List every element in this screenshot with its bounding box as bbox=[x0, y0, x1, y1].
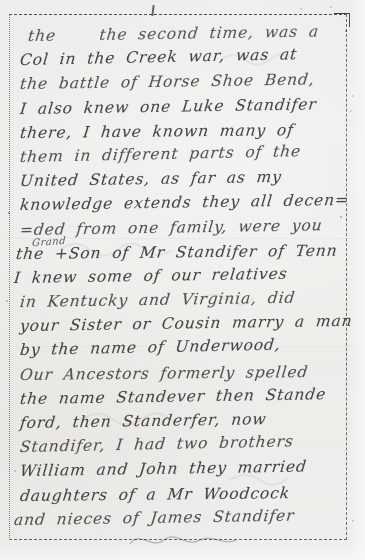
handwritten-line: William and John they married bbox=[19, 454, 347, 483]
signature-flourish bbox=[128, 532, 238, 552]
handwritten-line: by the name of Underwood, bbox=[19, 332, 346, 363]
scan-margin-right bbox=[349, 0, 365, 560]
scan-noise-specks bbox=[0, 0, 2, 2]
handwritten-line: =ded from one family, were you bbox=[19, 212, 347, 241]
handwritten-line: I also knew one Luke Standifer bbox=[19, 91, 347, 120]
scanned-letter-page: the the second time, was a Col in the Cr… bbox=[0, 0, 365, 560]
handwritten-line: and nieces of James Standifer bbox=[13, 503, 347, 532]
letter-body: the the second time, was a Col in the Cr… bbox=[20, 24, 345, 532]
